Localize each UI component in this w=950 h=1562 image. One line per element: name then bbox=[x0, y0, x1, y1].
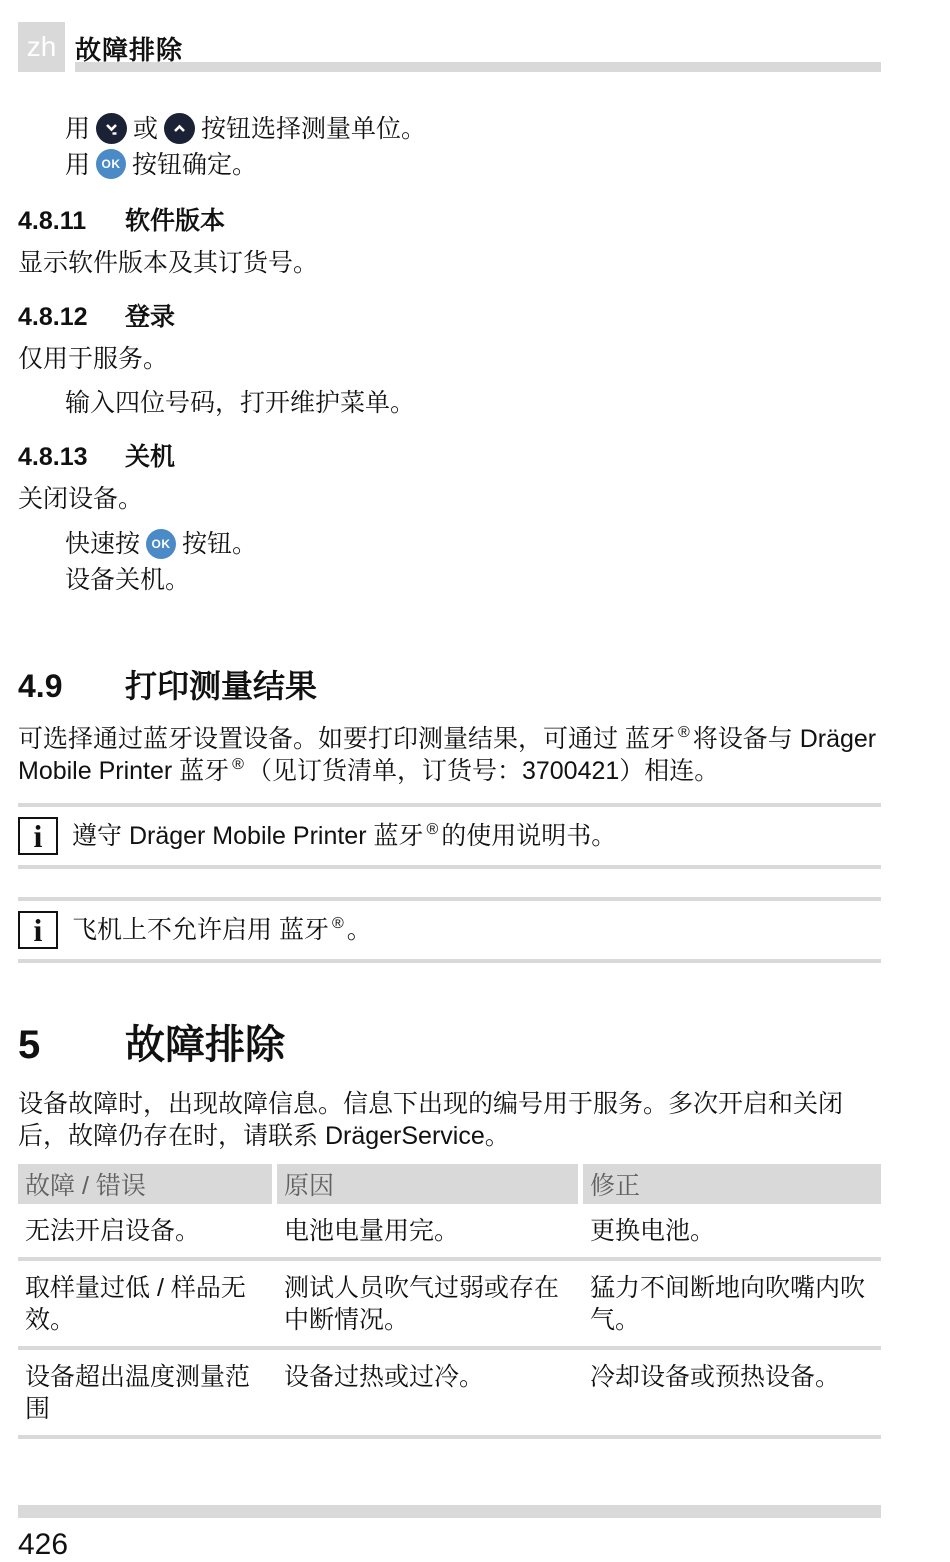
section-number: 4.9 bbox=[18, 668, 125, 705]
note-text: 飞机上不允许启用 蓝牙®。 bbox=[72, 914, 372, 946]
info-note: i 遵守 Dräger Mobile Printer 蓝牙®的使用说明书。 bbox=[18, 803, 881, 869]
table-cell: 更换电池。 bbox=[583, 1204, 881, 1257]
table-row: 设备超出温度测量范围 设备过热或过冷。 冷却设备或预热设备。 bbox=[18, 1350, 881, 1435]
table-cell: 取样量过低 / 样品无效。 bbox=[18, 1261, 272, 1346]
note-segment: 遵守 Dräger Mobile Printer 蓝牙 bbox=[72, 822, 423, 850]
ok-button-label: OK bbox=[152, 527, 171, 561]
shutdown-steps: 快速按OK按钮。 设备关机。 bbox=[65, 527, 881, 596]
header-rule bbox=[75, 62, 881, 72]
chevron-down-button-icon bbox=[96, 113, 127, 144]
section-body: 可选择通过蓝牙设置设备。如要打印测量结果，可通过 蓝牙®将设备与 Dräger … bbox=[18, 723, 881, 787]
step-text: 按钮选择测量单位。 bbox=[201, 115, 426, 143]
step-result: 设备关机。 bbox=[65, 563, 881, 597]
section-heading-4-8-12: 4.8.12登录 bbox=[18, 297, 881, 333]
section-heading-4-8-11: 4.8.11软件版本 bbox=[18, 201, 881, 237]
section-title: 打印测量结果 bbox=[125, 668, 317, 704]
section-number: 4.8.13 bbox=[18, 443, 125, 472]
table-header-cell: 故障 / 错误 bbox=[18, 1164, 272, 1204]
table-header-row: 故障 / 错误 原因 修正 bbox=[18, 1164, 881, 1204]
instruction-steps: 用 或 按钮选择测量单位。 用OK按钮确定。 bbox=[65, 112, 881, 183]
section-heading-4-8-13: 4.8.13关机 bbox=[18, 437, 881, 473]
registered-trademark-symbol: ® bbox=[232, 756, 244, 773]
step-text: 用 bbox=[65, 115, 90, 143]
running-header: zh 故障排除 bbox=[0, 0, 950, 112]
chevron-up-button-icon bbox=[164, 113, 195, 144]
step-line: 快速按OK按钮。 bbox=[65, 527, 881, 562]
section-number: 4.8.12 bbox=[18, 303, 125, 332]
ok-button-icon: OK bbox=[146, 529, 176, 559]
info-icon: i bbox=[18, 817, 58, 855]
chapter-body: 设备故障时，出现故障信息。信息下出现的编号用于服务。多次开启和关闭后，故障仍存在… bbox=[18, 1088, 881, 1152]
table-row-separator bbox=[18, 1435, 881, 1439]
registered-trademark-symbol: ® bbox=[678, 724, 690, 741]
step-text: 快速按 bbox=[65, 530, 140, 558]
section-number: 4.8.11 bbox=[18, 207, 125, 236]
info-note: i 飞机上不允许启用 蓝牙®。 bbox=[18, 897, 881, 963]
note-text: 遵守 Dräger Mobile Printer 蓝牙®的使用说明书。 bbox=[72, 820, 616, 852]
step-line: 用 或 按钮选择测量单位。 bbox=[65, 112, 881, 148]
chapter-title: 故障排除 bbox=[125, 1023, 285, 1067]
page-content: 用 或 按钮选择测量单位。 用OK按钮确定。 4.8.11软件版本 显示软件版本… bbox=[0, 112, 950, 1562]
chapter-heading-5: 5故障排除 bbox=[18, 1013, 881, 1070]
fault-table: 故障 / 错误 原因 修正 无法开启设备。 电池电量用完。 更换电池。 取样量过… bbox=[18, 1164, 881, 1439]
table-row: 取样量过低 / 样品无效。 测试人员吹气过弱或存在中断情况。 猛力不间断地向吹嘴… bbox=[18, 1261, 881, 1346]
step-text: 按钮确定。 bbox=[132, 151, 257, 179]
chapter-number: 5 bbox=[18, 1023, 125, 1068]
note-segment: 。 bbox=[347, 916, 372, 944]
chevron-down-glyph bbox=[103, 120, 120, 137]
table-cell: 测试人员吹气过弱或存在中断情况。 bbox=[277, 1261, 578, 1346]
page-number: 426 bbox=[18, 1528, 881, 1562]
section-title: 软件版本 bbox=[125, 207, 225, 235]
section-body: 仅用于服务。 bbox=[18, 343, 881, 375]
section-step: 输入四位号码，打开维护菜单。 bbox=[65, 387, 881, 419]
table-cell: 冷却设备或预热设备。 bbox=[583, 1350, 881, 1435]
table-row: 无法开启设备。 电池电量用完。 更换电池。 bbox=[18, 1204, 881, 1257]
ok-button-icon: OK bbox=[96, 149, 126, 179]
footer-rule bbox=[18, 1505, 881, 1518]
note-segment: 的使用说明书。 bbox=[441, 822, 616, 850]
table-header-cell: 修正 bbox=[583, 1164, 881, 1204]
section-body: 关闭设备。 bbox=[18, 483, 881, 515]
step-text: 用 bbox=[65, 151, 90, 179]
section-heading-4-9: 4.9打印测量结果 bbox=[18, 661, 881, 707]
table-cell: 设备过热或过冷。 bbox=[277, 1350, 578, 1435]
section-title: 关机 bbox=[125, 443, 175, 471]
table-header-cell: 原因 bbox=[277, 1164, 578, 1204]
table-cell: 无法开启设备。 bbox=[18, 1204, 272, 1257]
ok-button-label: OK bbox=[102, 147, 121, 181]
table-cell: 电池电量用完。 bbox=[277, 1204, 578, 1257]
body-segment: 可选择通过蓝牙设置设备。如要打印测量结果，可通过 蓝牙 bbox=[18, 725, 675, 753]
note-segment: 飞机上不允许启用 蓝牙 bbox=[72, 916, 329, 944]
language-badge: zh bbox=[18, 22, 65, 72]
info-icon: i bbox=[18, 911, 58, 949]
table-cell: 猛力不间断地向吹嘴内吹气。 bbox=[583, 1261, 881, 1346]
section-body: 显示软件版本及其订货号。 bbox=[18, 247, 881, 279]
table-cell: 设备超出温度测量范围 bbox=[18, 1350, 272, 1435]
chevron-up-glyph bbox=[171, 120, 188, 137]
step-text: 按钮。 bbox=[182, 530, 257, 558]
registered-trademark-symbol: ® bbox=[426, 821, 438, 838]
step-text: 或 bbox=[133, 115, 158, 143]
body-segment: （见订货清单，订货号：3700421）相连。 bbox=[247, 757, 719, 785]
registered-trademark-symbol: ® bbox=[332, 915, 344, 932]
section-title: 登录 bbox=[125, 303, 175, 331]
step-line: 用OK按钮确定。 bbox=[65, 148, 881, 183]
